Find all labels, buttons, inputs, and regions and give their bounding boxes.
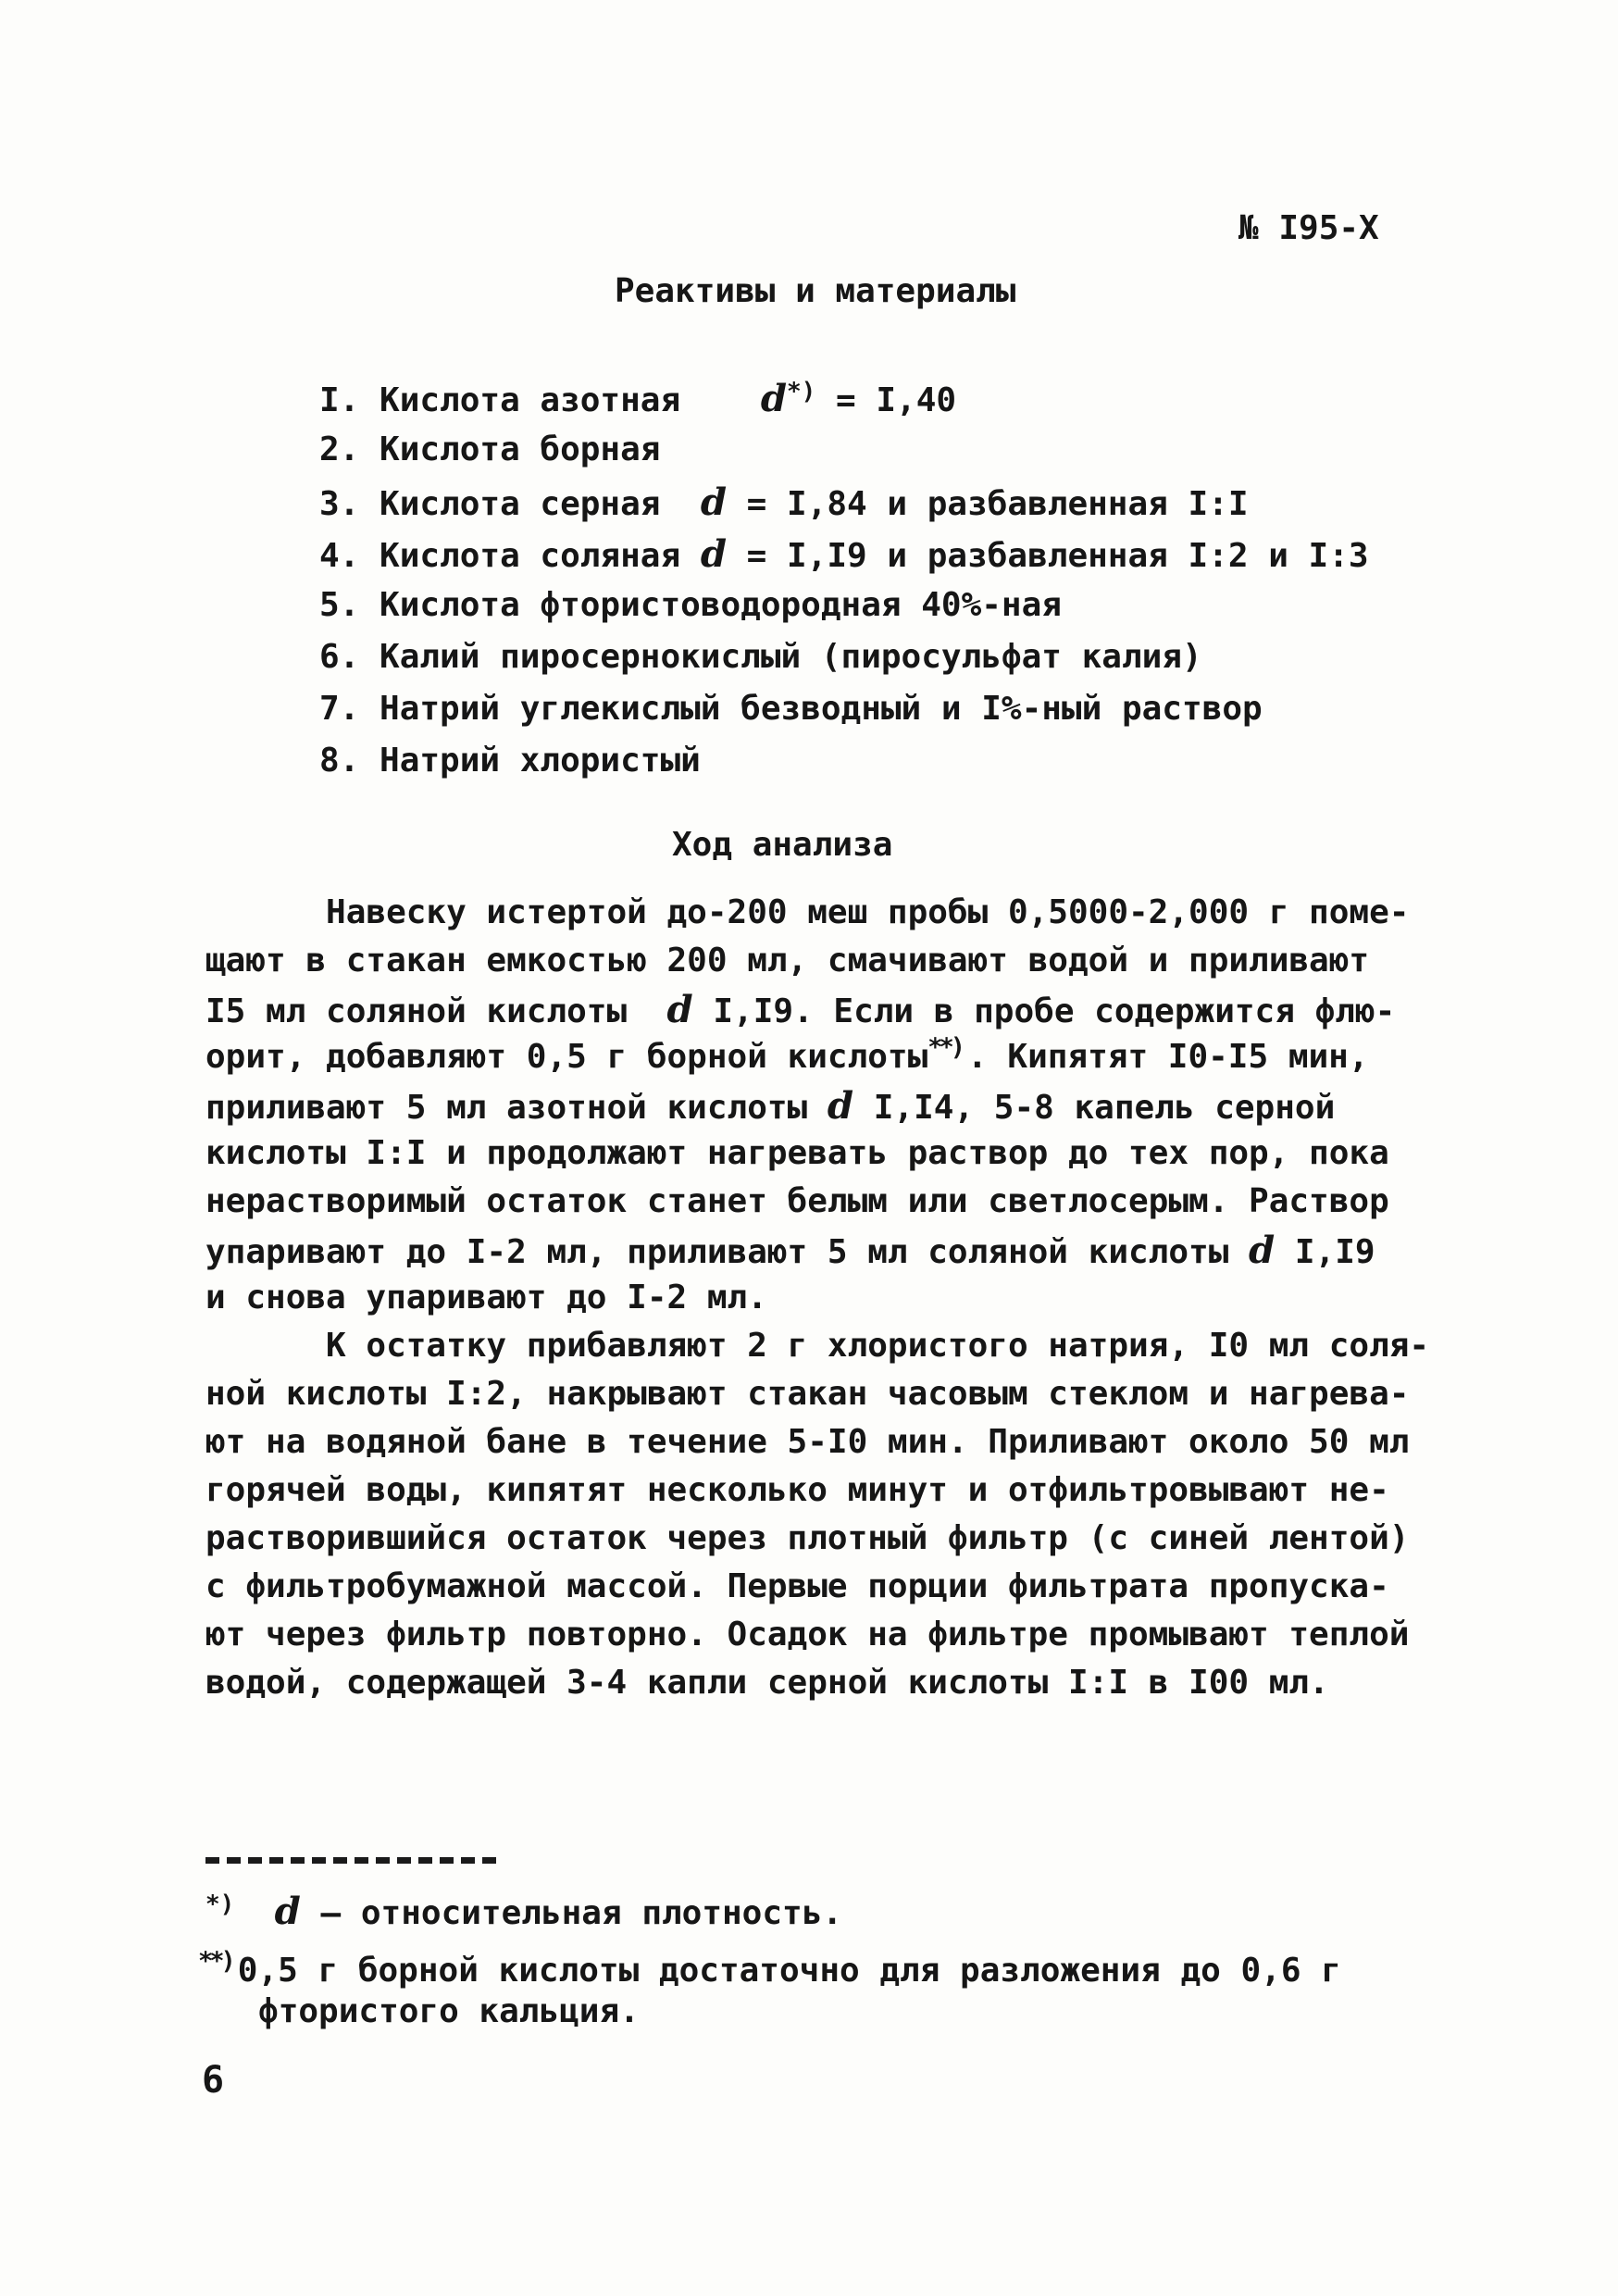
document-page: № I95-Х Реактивы и материалы I. Кислота … xyxy=(0,0,1618,2296)
density-symbol: d xyxy=(667,987,693,1031)
text-segment: ной кислоты I:2, накрывают стакан часовы… xyxy=(205,1375,1409,1413)
analysis-text-line: I5 мл соляной кислоты d I,I9. Если в про… xyxy=(205,985,1429,1033)
text-segment: горячей воды, кипятят несколько минут и … xyxy=(205,1471,1389,1509)
footnote-line: *) d – относительная плотность. xyxy=(205,1890,842,1937)
density-symbol: d xyxy=(275,1889,301,1933)
analysis-text-line: К остатку прибавляют 2 г хлористого натр… xyxy=(205,1322,1429,1370)
text-segment: . Кипятят I0-I5 мин, xyxy=(967,1038,1368,1076)
analysis-text-line: горячей воды, кипятят несколько минут и … xyxy=(205,1466,1429,1515)
footnote-marker: *) xyxy=(205,1890,234,1918)
analysis-text-line: кислоты I:I и продолжают нагревать раств… xyxy=(205,1129,1429,1178)
density-symbol: d xyxy=(828,1083,853,1128)
analysis-text-line: Навеску истертой до-200 меш пробы 0,5000… xyxy=(205,889,1429,937)
text-segment xyxy=(234,1894,274,1932)
analysis-text-line: упаривают до I-2 мл, приливают 5 мл соля… xyxy=(205,1226,1429,1274)
text-segment: 7. Натрий углекислый безводный и I%-ный … xyxy=(319,690,1263,728)
text-segment: орит, добавляют 0,5 г борной кислоты xyxy=(205,1038,927,1076)
analysis-text-line: приливают 5 мл азотной кислоты d I,I4, 5… xyxy=(205,1081,1429,1129)
text-segment: упаривают до I-2 мл, приливают 5 мл соля… xyxy=(205,1233,1249,1271)
density-symbol: d xyxy=(701,480,727,524)
footnote-marker: *) xyxy=(787,378,815,406)
footnote-1: *) d – относительная плотность. xyxy=(205,1890,842,1937)
text-segment: = I,40 xyxy=(815,381,956,419)
analysis-text-line: и снова упаривают до I-2 мл. xyxy=(205,1274,1429,1322)
text-segment: 8. Натрий хлористый xyxy=(319,742,701,780)
reagent-item: 5. Кислота фтористоводородная 40%-ная xyxy=(319,580,1369,631)
text-segment: I,I9 xyxy=(1275,1233,1375,1271)
text-segment: I,I9. Если в пробе содержится флю- xyxy=(693,992,1396,1030)
text-segment: = I,84 и разбавленная I:I xyxy=(727,485,1249,523)
text-segment: и снова упаривают до I-2 мл. xyxy=(205,1279,767,1316)
text-segment: нерастворимый остаток станет белым или с… xyxy=(205,1182,1389,1220)
text-segment: I. Кислота азотная xyxy=(319,381,761,419)
analysis-text-line: щают в стакан емкостью 200 мл, смачивают… xyxy=(205,937,1429,985)
reagent-item: 6. Калий пиросернокислый (пиросульфат ка… xyxy=(319,631,1369,683)
text-segment: водой, содержащей 3-4 капли серной кисло… xyxy=(205,1664,1329,1702)
text-segment: 6. Калий пиросернокислый (пиросульфат ка… xyxy=(319,638,1202,676)
text-segment: приливают 5 мл азотной кислоты xyxy=(205,1089,828,1127)
text-segment: ют на водяной бане в течение 5-I0 мин. П… xyxy=(205,1423,1409,1461)
density-symbol: d xyxy=(1249,1228,1275,1272)
text-segment: фтористого кальция. xyxy=(198,1992,640,2030)
footnote-2: **)0,5 г борной кислоты достаточно для р… xyxy=(198,1952,1341,2030)
text-segment: Навеску истертой до-200 меш пробы 0,5000… xyxy=(205,893,1409,931)
analysis-text-line: ют на водяной бане в течение 5-I0 мин. П… xyxy=(205,1418,1429,1466)
analysis-text-line: нерастворимый остаток станет белым или с… xyxy=(205,1178,1429,1226)
footnote-marker: **) xyxy=(927,1033,962,1062)
analysis-body: Навеску истертой до-200 меш пробы 0,5000… xyxy=(205,889,1429,1707)
reagent-item: 8. Натрий хлористый xyxy=(319,735,1369,787)
analysis-text-line: растворившийся остаток через плотный фил… xyxy=(205,1515,1429,1563)
density-symbol: d xyxy=(701,531,727,576)
text-segment: 5. Кислота фтористоводородная 40%-ная xyxy=(319,586,1062,624)
footnote-line: **)0,5 г борной кислоты достаточно для р… xyxy=(198,1952,1341,1992)
text-segment: I5 мл соляной кислоты xyxy=(205,992,667,1030)
analysis-text-line: с фильтробумажной массой. Первые порции … xyxy=(205,1563,1429,1611)
text-segment: щают в стакан емкостью 200 мл, смачивают… xyxy=(205,942,1369,980)
reagent-item: 3. Кислота серная d = I,84 и разбавленна… xyxy=(319,476,1369,528)
analysis-text-line: водой, содержащей 3-4 капли серной кисло… xyxy=(205,1659,1429,1707)
text-segment: кислоты I:I и продолжают нагревать раств… xyxy=(205,1134,1389,1172)
analysis-text-line: орит, добавляют 0,5 г борной кислоты**).… xyxy=(205,1033,1429,1081)
text-segment: 2. Кислота борная xyxy=(319,430,660,468)
reagents-list: I. Кислота азотная d*) = I,402. Кислота … xyxy=(319,372,1369,787)
text-segment: растворившийся остаток через плотный фил… xyxy=(205,1519,1409,1557)
page-number: 6 xyxy=(202,2059,224,2102)
reagent-item: 2. Кислота борная xyxy=(319,424,1369,476)
reagent-item: 4. Кислота соляная d = I,I9 и разбавленн… xyxy=(319,528,1369,580)
text-segment: – относительная плотность. xyxy=(301,1894,842,1932)
analysis-title: Ход анализа xyxy=(672,826,892,864)
reagent-item: 7. Натрий углекислый безводный и I%-ный … xyxy=(319,683,1369,735)
analysis-text-line: ют через фильтр повторно. Осадок на филь… xyxy=(205,1611,1429,1659)
text-segment: с фильтробумажной массой. Первые порции … xyxy=(205,1567,1389,1605)
text-segment: 0,5 г борной кислоты достаточно для разл… xyxy=(238,1952,1341,1990)
text-segment: ют через фильтр повторно. Осадок на филь… xyxy=(205,1616,1409,1653)
reagent-item: I. Кислота азотная d*) = I,40 xyxy=(319,372,1369,424)
density-symbol: d xyxy=(761,376,787,420)
text-segment: I,I4, 5-8 капель серной xyxy=(853,1089,1335,1127)
reagents-title: Реактивы и материалы xyxy=(615,272,1015,310)
text-segment: 4. Кислота соляная xyxy=(319,537,701,575)
doc-number: № I95-Х xyxy=(1238,209,1379,247)
footnote-line: фтористого кальция. xyxy=(198,1992,1341,2030)
analysis-text-line: ной кислоты I:2, накрывают стакан часовы… xyxy=(205,1370,1429,1418)
footnote-marker: **) xyxy=(198,1947,232,1976)
text-segment: = I,I9 и разбавленная I:2 и I:3 xyxy=(727,537,1369,575)
text-segment: 3. Кислота серная xyxy=(319,485,701,523)
text-segment: К остатку прибавляют 2 г хлористого натр… xyxy=(205,1327,1429,1365)
footnote-separator xyxy=(205,1857,502,1864)
